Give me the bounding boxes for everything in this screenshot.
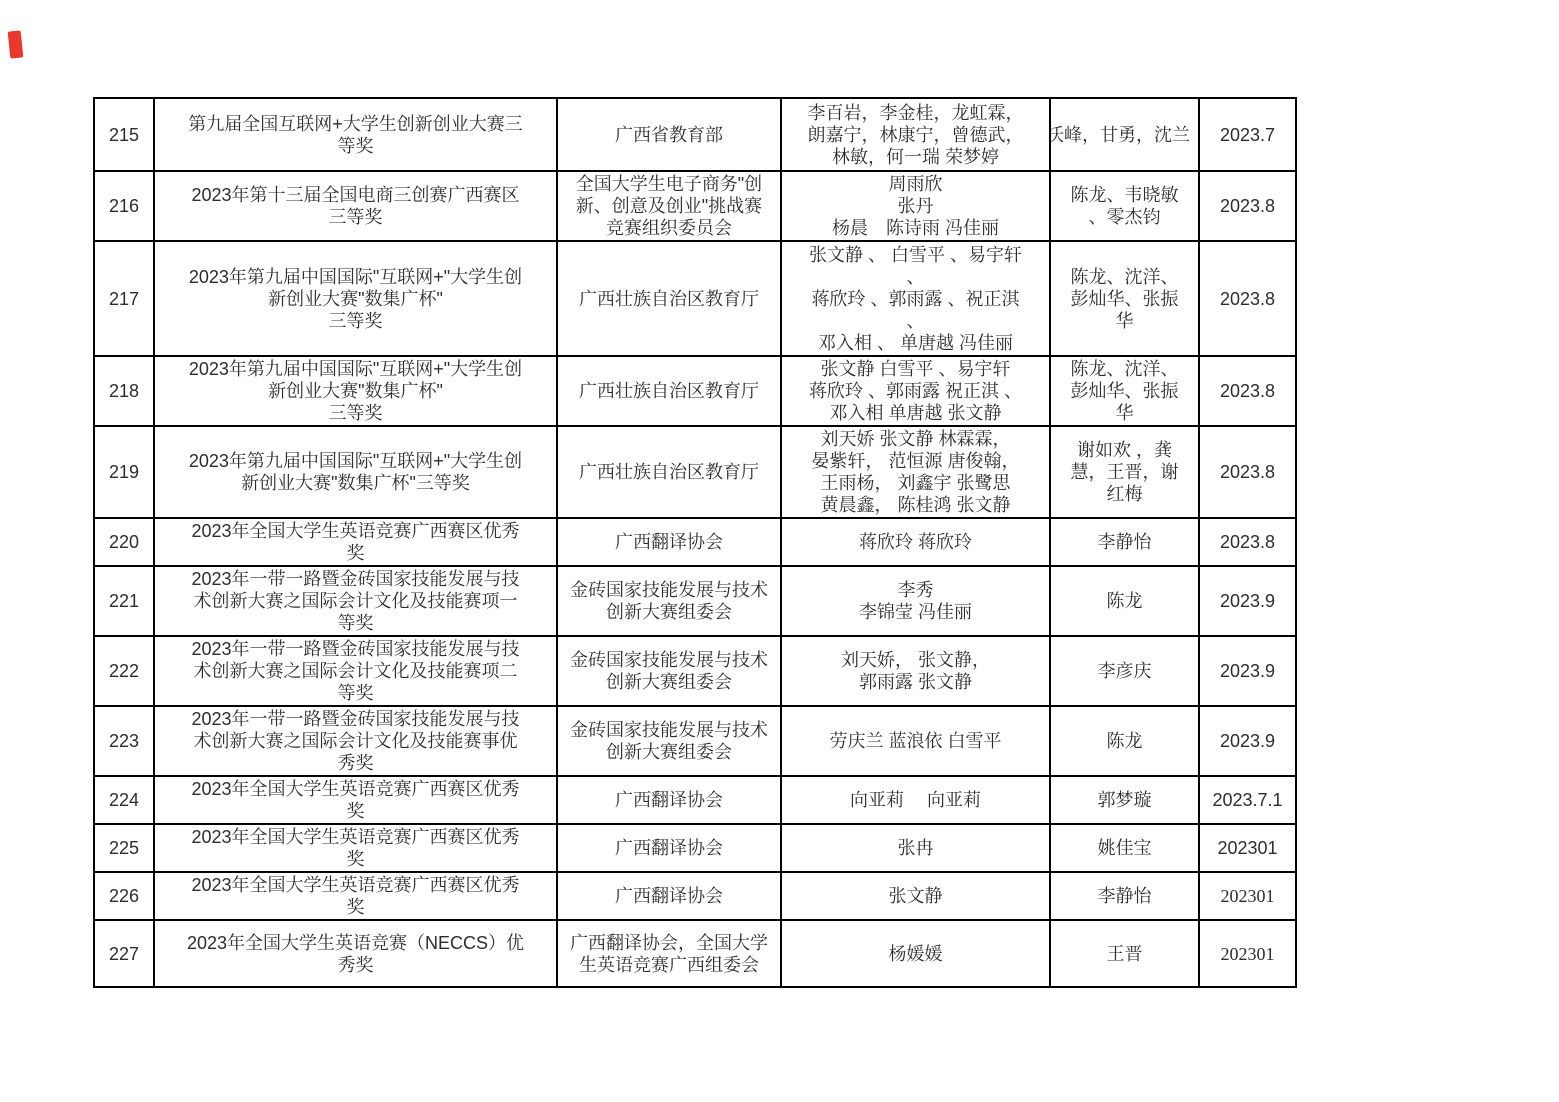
awards-table: 215 第九届全国互联网+大学生创新创业大赛三 等奖 广西省教育部 李百岩，李金…	[93, 97, 1297, 988]
award-name: 2023年一带一路暨金砖国家技能发展与技 术创新大赛之国际会计文化及技能赛项二 …	[154, 636, 557, 706]
red-stroke-mark	[8, 30, 24, 58]
row-number: 226	[94, 872, 154, 920]
award-date: 2023.8	[1199, 356, 1296, 426]
teacher-names: 李静怡	[1050, 872, 1199, 920]
student-names: 向亚莉 向亚莉	[781, 776, 1050, 824]
award-name: 2023年全国大学生英语竞赛广西赛区优秀 奖	[154, 872, 557, 920]
award-name: 2023年全国大学生英语竞赛广西赛区优秀 奖	[154, 776, 557, 824]
table-row: 226 2023年全国大学生英语竞赛广西赛区优秀 奖 广西翻译协会 张文静 李静…	[94, 872, 1296, 920]
table-row: 222 2023年一带一路暨金砖国家技能发展与技 术创新大赛之国际会计文化及技能…	[94, 636, 1296, 706]
award-date: 2023.9	[1199, 636, 1296, 706]
award-name: 2023年全国大学生英语竞赛（NECCS）优 秀奖	[154, 920, 557, 987]
table-row: 224 2023年全国大学生英语竞赛广西赛区优秀 奖 广西翻译协会 向亚莉 向亚…	[94, 776, 1296, 824]
row-number: 222	[94, 636, 154, 706]
teacher-names: 姚佳宝	[1050, 824, 1199, 872]
table-row: 223 2023年一带一路暨金砖国家技能发展与技 术创新大赛之国际会计文化及技能…	[94, 706, 1296, 776]
issuing-org: 广西省教育部	[557, 98, 781, 171]
table-row: 216 2023年第十三届全国电商三创赛广西赛区 三等奖 全国大学生电子商务"创…	[94, 171, 1296, 241]
student-names: 蒋欣玲 蒋欣玲	[781, 518, 1050, 566]
issuing-org: 全国大学生电子商务"创 新、创意及创业"挑战赛 竞赛组织委员会	[557, 171, 781, 241]
award-name: 2023年一带一路暨金砖国家技能发展与技 术创新大赛之国际会计文化及技能赛项一 …	[154, 566, 557, 636]
issuing-org: 广西翻译协会，全国大学 生英语竞赛广西组委会	[557, 920, 781, 987]
teacher-names: 陈龙、韦晓敏 、零杰钧	[1050, 171, 1199, 241]
teacher-names: 沃峰，甘勇，沈兰	[1050, 98, 1199, 171]
student-names: 李秀 李锦莹 冯佳丽	[781, 566, 1050, 636]
row-number: 227	[94, 920, 154, 987]
issuing-org: 广西翻译协会	[557, 824, 781, 872]
row-number: 219	[94, 426, 154, 518]
row-number: 225	[94, 824, 154, 872]
issuing-org: 广西壮族自治区教育厅	[557, 356, 781, 426]
table-row: 215 第九届全国互联网+大学生创新创业大赛三 等奖 广西省教育部 李百岩，李金…	[94, 98, 1296, 171]
award-date: 2023.8	[1199, 171, 1296, 241]
row-number: 218	[94, 356, 154, 426]
teacher-names: 郭梦璇	[1050, 776, 1199, 824]
award-date: 2023.7.1	[1199, 776, 1296, 824]
row-number: 217	[94, 241, 154, 356]
issuing-org: 广西翻译协会	[557, 776, 781, 824]
award-name: 2023年第十三届全国电商三创赛广西赛区 三等奖	[154, 171, 557, 241]
teacher-names: 李静怡	[1050, 518, 1199, 566]
issuing-org: 广西翻译协会	[557, 518, 781, 566]
award-date: 202301	[1199, 920, 1296, 987]
teacher-names: 王晋	[1050, 920, 1199, 987]
teacher-names: 陈龙、沈洋、 彭灿华、张振 华	[1050, 241, 1199, 356]
row-number: 216	[94, 171, 154, 241]
award-name: 2023年全国大学生英语竞赛广西赛区优秀 奖	[154, 518, 557, 566]
award-name: 2023年第九届中国国际"互联网+"大学生创 新创业大赛"数集广杯"三等奖	[154, 426, 557, 518]
issuing-org: 金砖国家技能发展与技术 创新大赛组委会	[557, 566, 781, 636]
row-number: 223	[94, 706, 154, 776]
award-date: 2023.9	[1199, 706, 1296, 776]
row-number: 215	[94, 98, 154, 171]
teacher-names: 陈龙	[1050, 566, 1199, 636]
teacher-names: 陈龙、沈洋、 彭灿华、张振 华	[1050, 356, 1199, 426]
table-row: 221 2023年一带一路暨金砖国家技能发展与技 术创新大赛之国际会计文化及技能…	[94, 566, 1296, 636]
issuing-org: 广西壮族自治区教育厅	[557, 241, 781, 356]
row-number: 220	[94, 518, 154, 566]
award-date: 2023.8	[1199, 241, 1296, 356]
student-names: 刘天娇 张文静 林霖霖， 晏紫轩， 范恒源 唐俊翰， 王雨杨， 刘鑫宇 张鹭思 …	[781, 426, 1050, 518]
student-names: 张文静	[781, 872, 1050, 920]
award-name: 2023年第九届中国国际"互联网+"大学生创 新创业大赛"数集广杯" 三等奖	[154, 356, 557, 426]
table-row: 218 2023年第九届中国国际"互联网+"大学生创 新创业大赛"数集广杯" 三…	[94, 356, 1296, 426]
award-date: 2023.8	[1199, 518, 1296, 566]
table-row: 217 2023年第九届中国国际"互联网+"大学生创 新创业大赛"数集广杯" 三…	[94, 241, 1296, 356]
table-row: 227 2023年全国大学生英语竞赛（NECCS）优 秀奖 广西翻译协会，全国大…	[94, 920, 1296, 987]
table-row: 220 2023年全国大学生英语竞赛广西赛区优秀 奖 广西翻译协会 蒋欣玲 蒋欣…	[94, 518, 1296, 566]
teacher-names-text: 沃峰，甘勇，沈兰	[1050, 124, 1199, 146]
student-names: 刘天娇， 张文静， 郭雨露 张文静	[781, 636, 1050, 706]
student-names: 张文静 白雪平 、易宇轩 蒋欣玲 、郭雨露 祝正淇 、 邓入相 单唐越 张文静	[781, 356, 1050, 426]
table-row: 225 2023年全国大学生英语竞赛广西赛区优秀 奖 广西翻译协会 张冉 姚佳宝…	[94, 824, 1296, 872]
issuing-org: 广西壮族自治区教育厅	[557, 426, 781, 518]
award-name: 2023年第九届中国国际"互联网+"大学生创 新创业大赛"数集广杯" 三等奖	[154, 241, 557, 356]
award-name: 2023年一带一路暨金砖国家技能发展与技 术创新大赛之国际会计文化及技能赛事优 …	[154, 706, 557, 776]
issuing-org: 广西翻译协会	[557, 872, 781, 920]
student-names: 张文静 、 白雪平 、易宇轩 、 蒋欣玲 、郭雨露 、祝正淇 、 邓入相 、 单…	[781, 241, 1050, 356]
award-name: 2023年全国大学生英语竞赛广西赛区优秀 奖	[154, 824, 557, 872]
award-date: 2023.9	[1199, 566, 1296, 636]
award-date: 2023.8	[1199, 426, 1296, 518]
award-date: 202301	[1199, 872, 1296, 920]
row-number: 221	[94, 566, 154, 636]
student-names: 杨媛媛	[781, 920, 1050, 987]
award-date: 202301	[1199, 824, 1296, 872]
student-names: 周雨欣 张丹 杨晨 陈诗雨 冯佳丽	[781, 171, 1050, 241]
issuing-org: 金砖国家技能发展与技术 创新大赛组委会	[557, 636, 781, 706]
award-name: 第九届全国互联网+大学生创新创业大赛三 等奖	[154, 98, 557, 171]
table-row: 219 2023年第九届中国国际"互联网+"大学生创 新创业大赛"数集广杯"三等…	[94, 426, 1296, 518]
teacher-names: 谢如欢 ，龚 慧，王晋，谢 红梅	[1050, 426, 1199, 518]
student-names: 李百岩，李金桂，龙虹霖， 朗嘉宁，林康宁，曾德武， 林敏，何一瑞 荣梦婷	[781, 98, 1050, 171]
teacher-names: 陈龙	[1050, 706, 1199, 776]
row-number: 224	[94, 776, 154, 824]
issuing-org: 金砖国家技能发展与技术 创新大赛组委会	[557, 706, 781, 776]
award-date: 2023.7	[1199, 98, 1296, 171]
teacher-names: 李彦庆	[1050, 636, 1199, 706]
student-names: 张冉	[781, 824, 1050, 872]
student-names: 劳庆兰 蓝浪依 白雪平	[781, 706, 1050, 776]
